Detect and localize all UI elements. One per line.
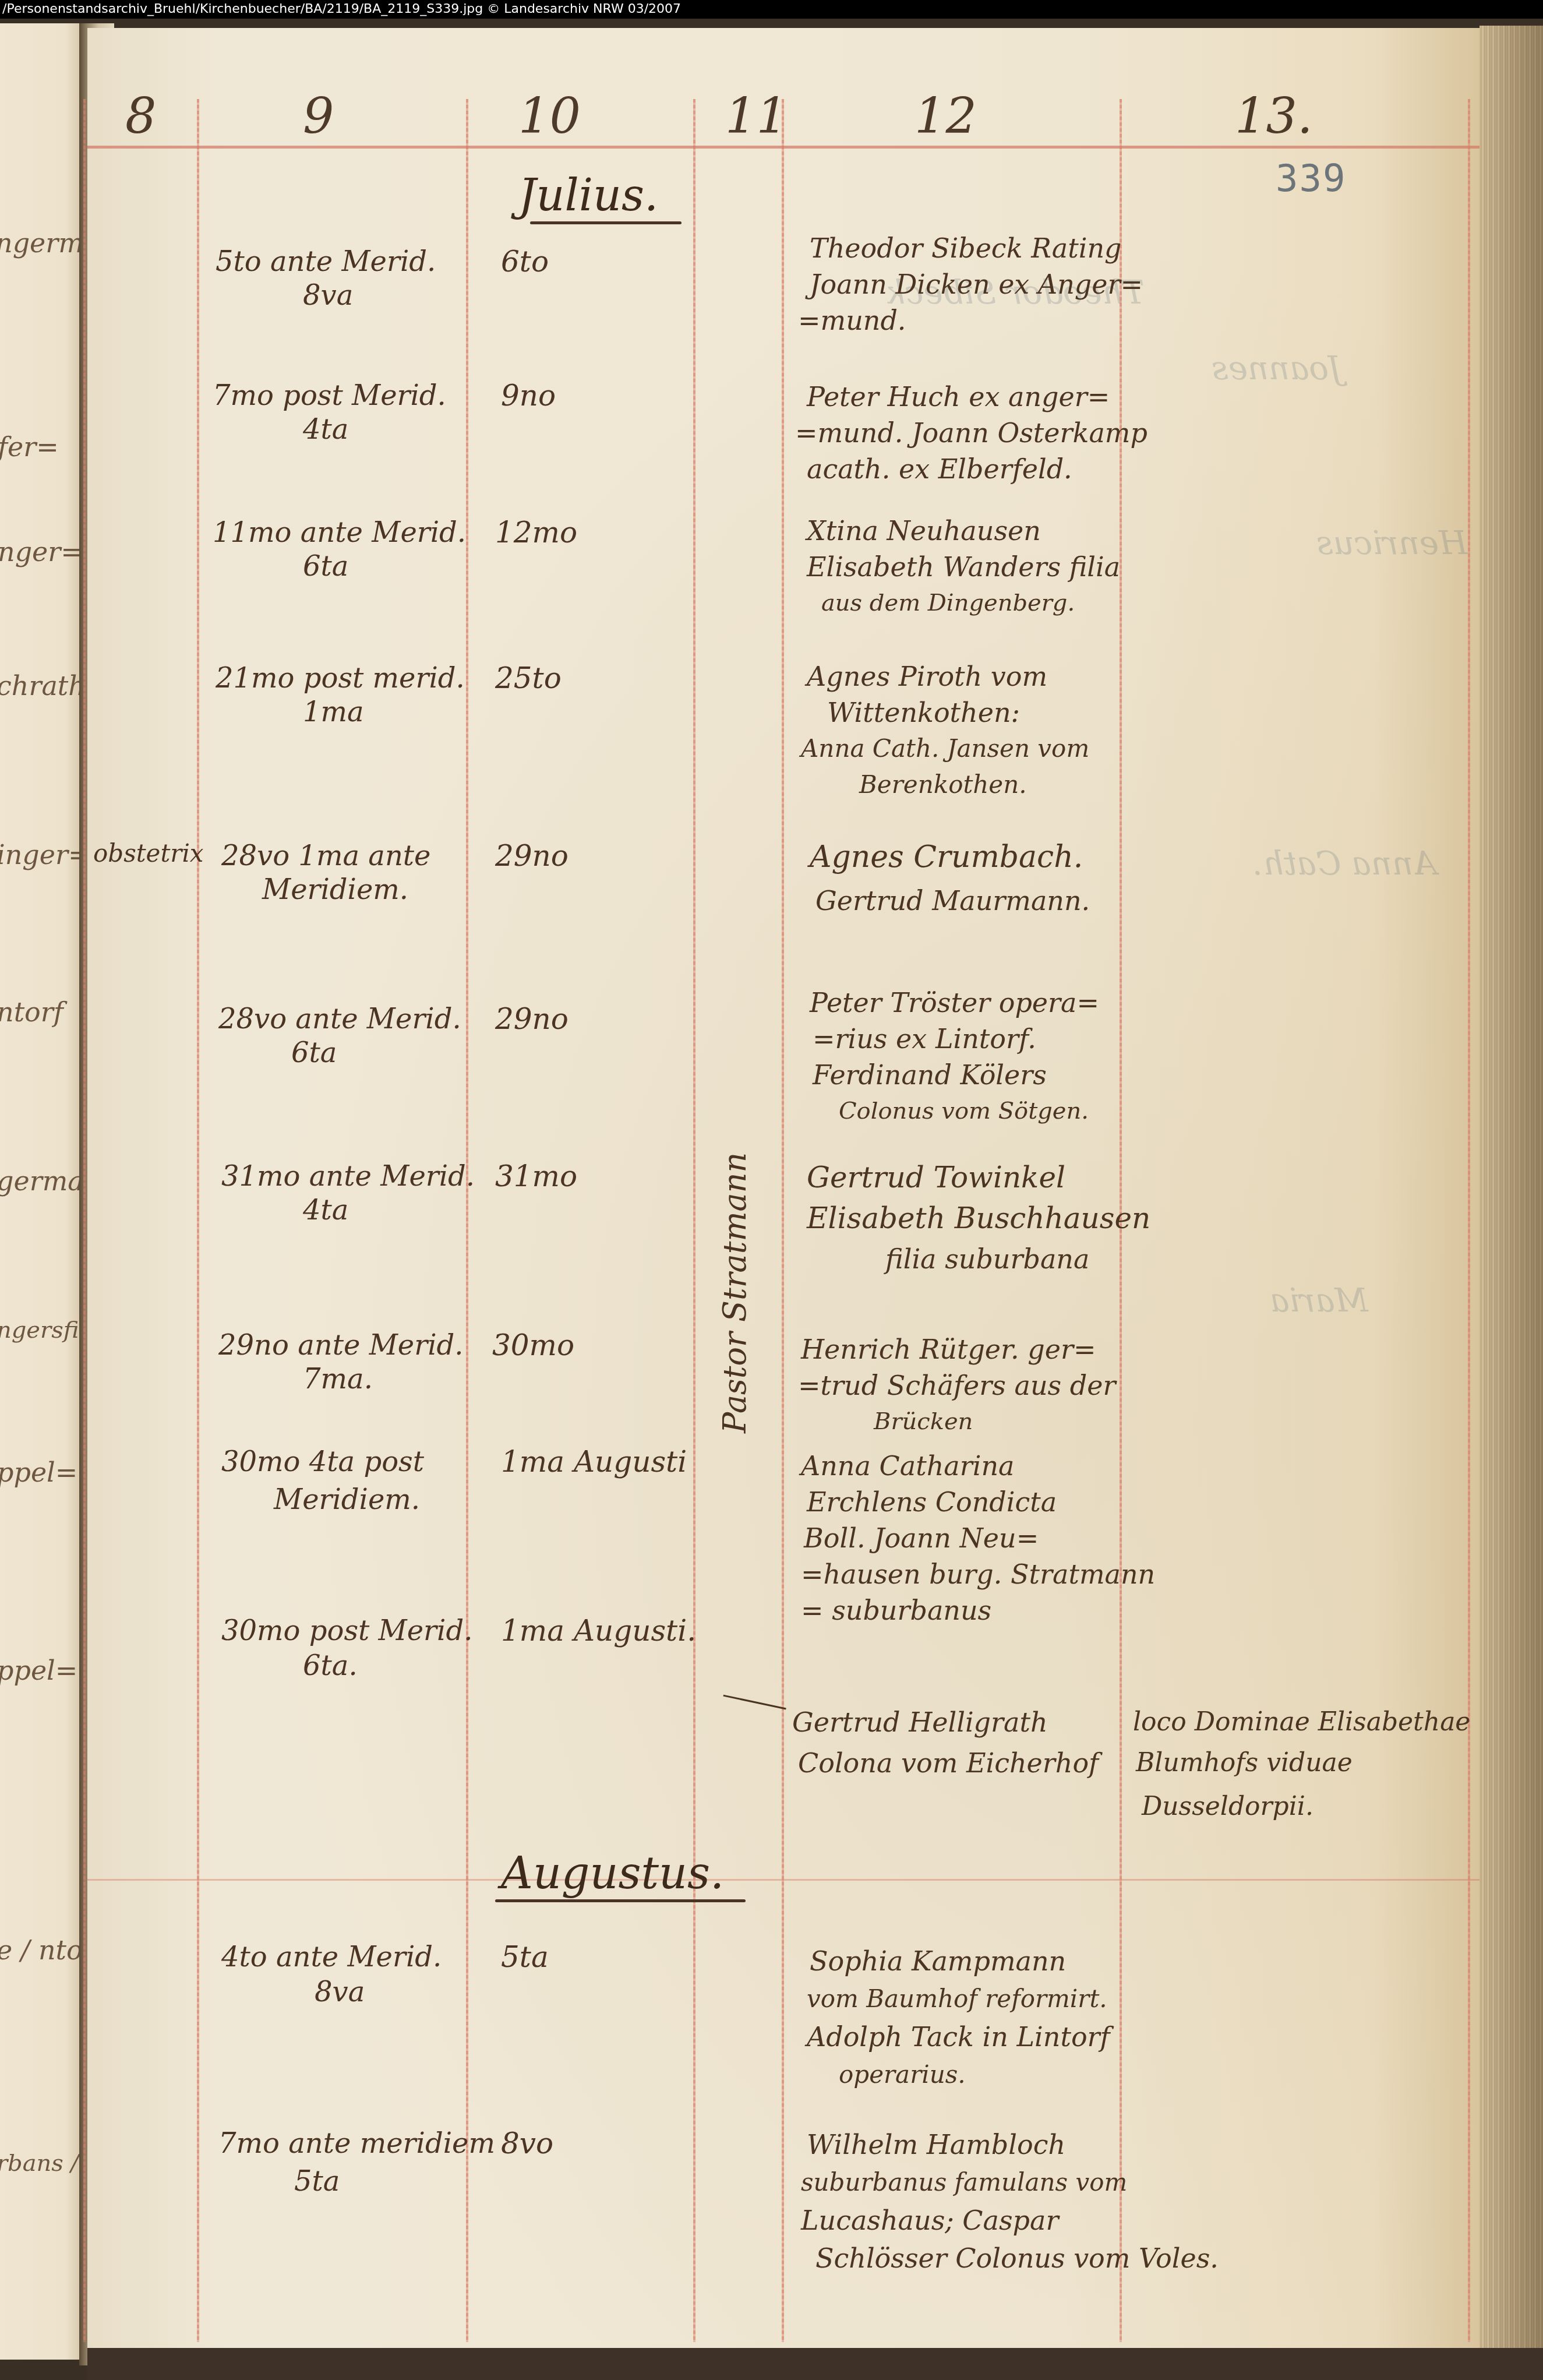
bleed-through-text: Maria — [1270, 1282, 1368, 1320]
sponsor-line: = suburbanus — [801, 1592, 991, 1628]
column-number-13: 13. — [1235, 87, 1313, 144]
archive-path-bar: /Personenstandsarchiv_Bruehl/Kirchenbuec… — [0, 0, 1543, 19]
birth-time: 11mo ante Merid. — [213, 516, 466, 549]
midwife-note: obstetrix — [93, 839, 204, 868]
page-stack-edge — [1480, 26, 1543, 2356]
birth-time: 7mo post Merid. — [213, 379, 446, 412]
sponsor-line: Wilhelm Hambloch — [807, 2127, 1065, 2163]
book-bottom-edge — [87, 2348, 1543, 2380]
birth-time: 7mo ante meridiem — [218, 2127, 495, 2160]
birth-time: 28vo 1ma ante — [221, 839, 431, 873]
baptism-date: 1ma Augusti — [501, 1445, 687, 1479]
sponsor-line: Ferdinand Kölers — [813, 1057, 1047, 1093]
baptism-date: 12mo — [495, 516, 577, 549]
column-rule — [782, 99, 784, 2342]
month-underline — [495, 1899, 746, 1902]
sponsor-line: Agnes Crumbach. — [810, 839, 1083, 875]
page-number: 339 — [1276, 157, 1347, 200]
proxy-note-line: Dusseldorpii. — [1142, 1789, 1314, 1825]
archive-path-text: /Personenstandsarchiv_Bruehl/Kirchenbuec… — [2, 2, 681, 16]
birth-time: 29no ante Merid. — [218, 1328, 463, 1362]
column-rule — [83, 99, 86, 2342]
sponsor-line: Anna Catharina — [801, 1448, 1014, 1484]
sponsor-line: Theodor Sibeck Rating — [810, 230, 1122, 266]
birth-hour: 8va — [315, 1975, 365, 2009]
sponsor-line: Sophia Kampmann — [810, 1943, 1066, 1979]
pastor-vertical-note: Pastor Stratmann — [716, 1152, 753, 1433]
sponsor-line: Joann Dicken ex Anger= — [810, 266, 1143, 302]
left-fragment-text: ppel= — [0, 1457, 77, 1488]
baptism-date: 5ta — [501, 1940, 549, 1974]
baptism-date: 6to — [501, 245, 549, 278]
birth-hour: 6ta — [303, 549, 348, 583]
sponsor-line: Agnes Piroth vom — [807, 658, 1047, 694]
left-fragment-text: ntorf — [0, 996, 63, 1028]
birth-hour: 6ta — [291, 1036, 337, 1070]
sponsor-line: Elisabeth Wanders filia — [807, 549, 1120, 585]
column-number-10: 10 — [518, 87, 581, 144]
sponsor-line: Elisabeth Buschhausen — [807, 1200, 1150, 1236]
sponsor-line: Gertrud Helligrath — [792, 1704, 1048, 1740]
sponsor-line: Colonus vom Sötgen. — [839, 1093, 1089, 1129]
birth-hour: 5ta — [294, 2164, 340, 2198]
birth-time: 31mo ante Merid. — [221, 1159, 475, 1193]
birth-hour: Meridiem. — [262, 873, 408, 907]
sponsor-line: =trud Schäfers aus der — [798, 1367, 1115, 1404]
column-rule — [1468, 99, 1470, 2342]
sponsor-line: =mund. Joann Osterkamp — [795, 415, 1147, 451]
sponsor-line: =rius ex Lintorf. — [813, 1021, 1036, 1057]
sponsor-line: Schlösser Colonus vom Voles. — [815, 2240, 1219, 2276]
birth-time: 28vo ante Merid. — [218, 1002, 461, 1036]
column-rule — [693, 99, 695, 2342]
sponsor-line: Henrich Rütger. ger= — [801, 1331, 1096, 1367]
month-heading-augustus: Augustus. — [501, 1847, 724, 1899]
bleed-through-text: Anna Cath. — [1252, 845, 1436, 883]
month-underline — [530, 221, 682, 224]
birth-time: 4to ante Merid. — [221, 1940, 442, 1974]
birth-hour: 1ma — [303, 695, 364, 729]
column-number-8: 8 — [125, 87, 156, 144]
sponsor-line: Boll. Joann Neu= — [804, 1520, 1039, 1556]
sponsor-line: Gertrud Maurmann. — [815, 883, 1090, 919]
bleed-through-text: Joannes — [1212, 350, 1342, 387]
baptism-date: 25to — [495, 661, 562, 695]
column-number-9: 9 — [303, 87, 334, 144]
birth-time: 5to ante Merid. — [216, 245, 436, 278]
baptism-date: 31mo — [495, 1159, 577, 1193]
column-number-11: 11 — [725, 87, 788, 144]
sponsor-line: acath. ex Elberfeld. — [807, 451, 1072, 487]
birth-time: 30mo 4ta post — [221, 1445, 424, 1479]
birth-time: 30mo post Merid. — [221, 1614, 472, 1648]
sponsor-line: Peter Tröster opera= — [810, 985, 1099, 1021]
birth-hour: 8va — [303, 278, 353, 312]
sponsor-line: filia suburbana — [885, 1241, 1089, 1277]
sponsor-line: suburbanus famulans vom — [801, 2164, 1127, 2201]
sponsor-line: Xtina Neuhausen — [807, 513, 1041, 549]
left-fragment-text: nger= — [0, 536, 83, 567]
baptism-date: 29no — [495, 1002, 569, 1036]
sponsor-line: =mund. — [798, 302, 906, 339]
sponsor-line: aus dem Dingenberg. — [821, 585, 1075, 621]
bleed-through-text: Henricus — [1316, 524, 1467, 562]
sponsor-line: Berenkothen. — [859, 767, 1027, 803]
left-fragment-text: ppel= — [0, 1655, 77, 1686]
birth-hour: Meridiem. — [274, 1483, 420, 1517]
baptism-date: 8vo — [501, 2127, 553, 2160]
proxy-note-line: Blumhofs viduae — [1136, 1745, 1353, 1781]
birth-time: 21mo post merid. — [216, 661, 465, 695]
column-number-12: 12 — [914, 87, 977, 144]
birth-hour: 4ta — [303, 412, 348, 446]
baptism-date: 30mo — [492, 1328, 574, 1362]
sponsor-line: Peter Huch ex anger= — [807, 379, 1110, 415]
sponsor-line: Colona vom Eicherhof — [798, 1745, 1099, 1781]
sponsor-line: Brücken — [874, 1404, 973, 1440]
baptism-date: 1ma Augusti. — [501, 1614, 696, 1648]
sponsor-line: Anna Cath. Jansen vom — [801, 731, 1089, 767]
sponsor-line: operarius. — [839, 2057, 966, 2093]
sponsor-line: Lucashaus; Caspar — [801, 2202, 1058, 2238]
column-rule — [466, 99, 468, 2342]
birth-hour: 7ma. — [303, 1362, 373, 1396]
sponsor-line: Adolph Tack in Lintorf — [807, 2019, 1110, 2055]
sponsor-line: =hausen burg. Stratmann — [801, 1556, 1155, 1592]
month-heading-julius: Julius. — [518, 169, 658, 221]
sponsor-line: Wittenkothen: — [827, 694, 1020, 731]
column-rule — [197, 99, 199, 2342]
left-fragment-text: inger= — [0, 839, 91, 870]
birth-hour: 6ta. — [303, 1649, 358, 1683]
sponsor-line: vom Baumhof reformirt. — [807, 1981, 1107, 2017]
sponsor-line: Erchlens Condicta — [807, 1484, 1057, 1520]
baptism-date: 29no — [495, 839, 569, 873]
baptism-date: 9no — [501, 379, 556, 412]
left-fragment-text: chrath — [0, 670, 86, 701]
left-fragment-text: fer= — [0, 431, 59, 463]
proxy-note-line: loco Dominae Elisabethae — [1133, 1704, 1470, 1740]
birth-hour: 4ta — [303, 1193, 348, 1227]
sponsor-line: Gertrud Towinkel — [807, 1159, 1065, 1196]
